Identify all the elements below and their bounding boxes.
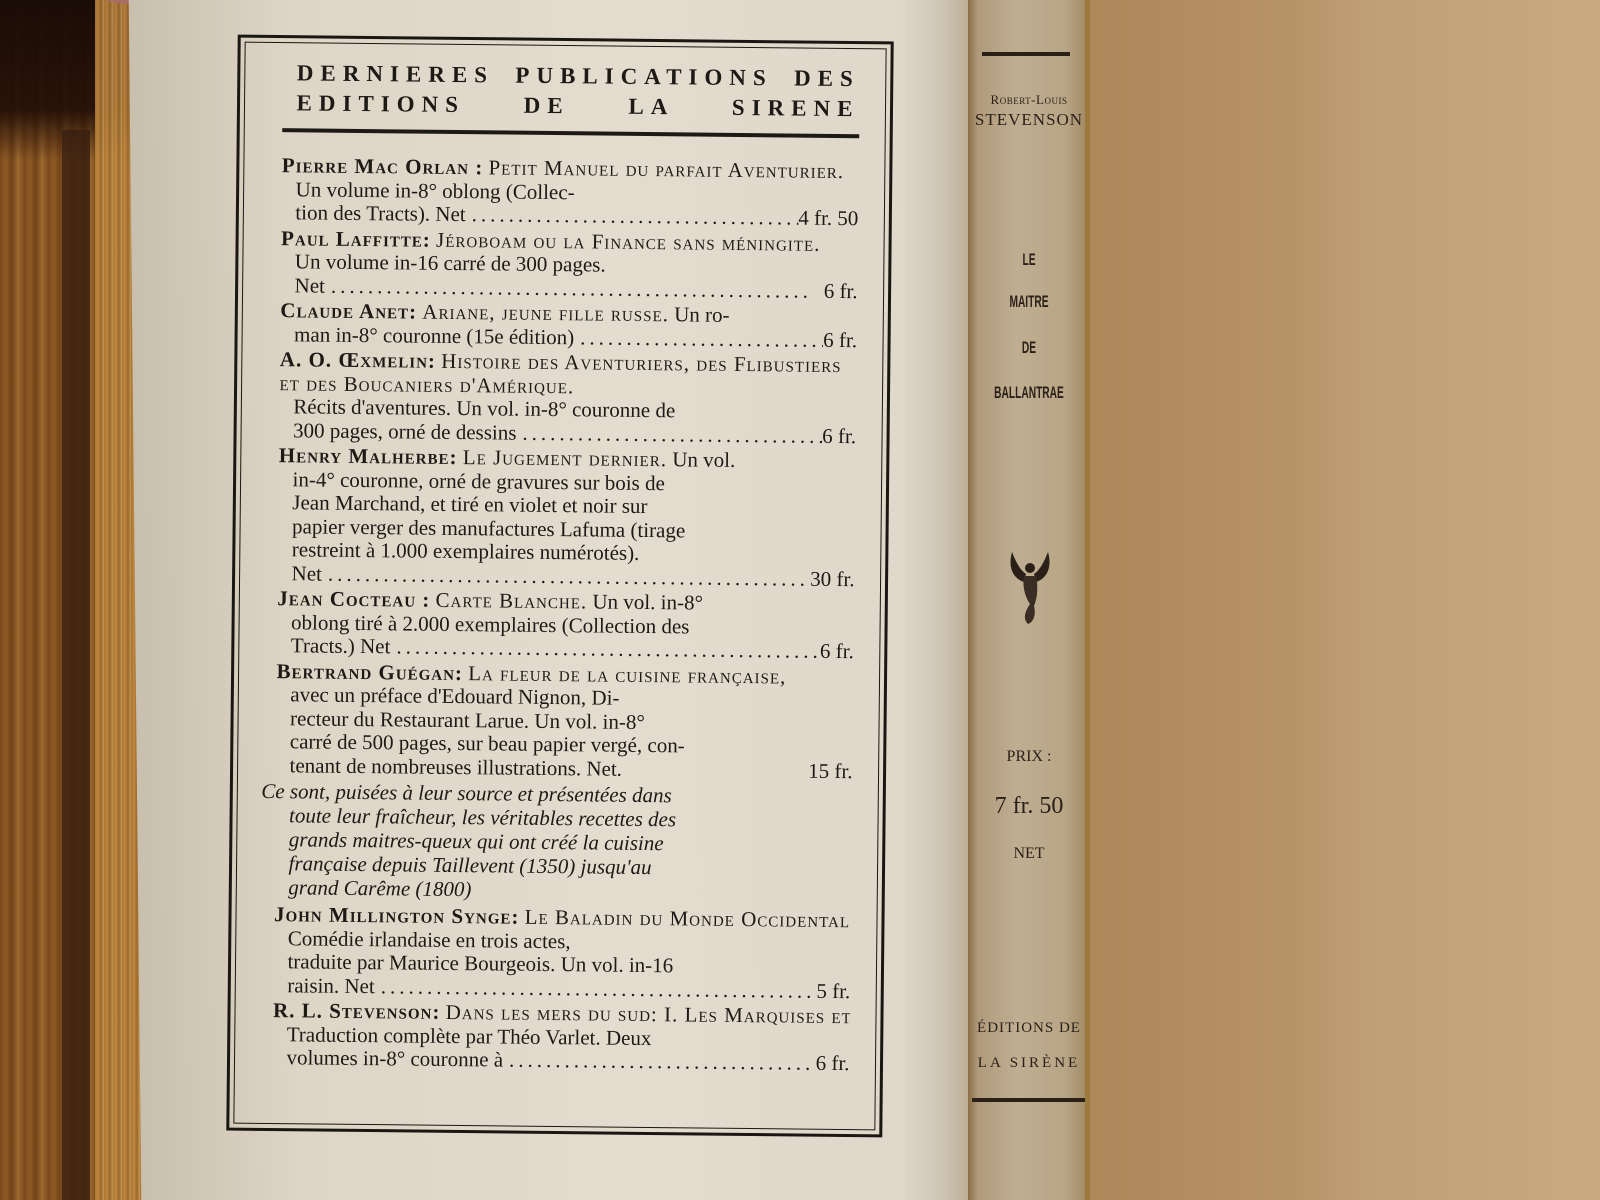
entry-price: 15 fr. bbox=[808, 759, 853, 783]
heading-line-2: EDITIONS DE LA SIRENE bbox=[296, 88, 859, 124]
entry-price: 6 fr. bbox=[823, 328, 857, 352]
leader-dots: ........................................… bbox=[574, 326, 823, 352]
page-gutter bbox=[905, 0, 975, 1200]
entry-title: Le Baladin du Monde Occidental. bbox=[525, 905, 852, 932]
entry-price: 6 fr. bbox=[820, 640, 854, 664]
catalog-entry: Pierre Mac Orlan : Petit Manuel du parfa… bbox=[263, 154, 859, 231]
siren-emblem-icon bbox=[1006, 548, 1054, 628]
entry-net-label: raisin. Net bbox=[287, 974, 375, 998]
page-heading: DERNIERES PUBLICATIONS DES EDITIONS DE L… bbox=[264, 58, 860, 124]
entry-description: volumes in-8° couronne à bbox=[286, 1046, 503, 1072]
entry-description: Un vol. bbox=[672, 447, 735, 472]
leader-dots: ........................................… bbox=[375, 975, 817, 1003]
spine-publisher-line1: ÉDITIONS DE bbox=[968, 1020, 1090, 1037]
catalog-entry: Claude Anet: Ariane, jeune fille russe. … bbox=[262, 299, 857, 352]
leader-dots: ........................................… bbox=[466, 203, 799, 230]
entry-author: A. O. Œxmelin: bbox=[280, 348, 436, 373]
entry-description: Un vol. in-8° bbox=[592, 589, 703, 614]
spine-bottom-rule bbox=[972, 1098, 1088, 1102]
entry-net-label: tion des Tracts). Net bbox=[295, 201, 466, 226]
entry-title: La fleur de la cuisine française, bbox=[468, 661, 786, 688]
entry-price: 6 fr. bbox=[824, 279, 858, 303]
entry-author: Henry Malherbe: bbox=[279, 444, 458, 469]
wood-groove bbox=[62, 130, 90, 1200]
leader-dots: ........................................… bbox=[325, 274, 824, 303]
entry-author: Pierre Mac Orlan : bbox=[282, 154, 484, 179]
spine-author-first: Robert-Louis bbox=[968, 92, 1090, 108]
entry-price: 4 fr. 50 bbox=[798, 207, 858, 231]
leader-dots: ........................................… bbox=[322, 562, 811, 591]
publication-list: DERNIERES PUBLICATIONS DES EDITIONS DE L… bbox=[254, 58, 860, 1078]
spine-price: 7 fr. 50 bbox=[968, 793, 1090, 820]
catalog-entry: Bertrand Guégan: La fleur de la cuisine … bbox=[257, 659, 853, 783]
entry-net-label: Tracts.) Net bbox=[291, 634, 391, 659]
catalog-entry: Jean Cocteau : Carte Blanche. Un vol. in… bbox=[259, 587, 855, 664]
leader-dots: ........................................… bbox=[503, 1049, 816, 1076]
spine-publisher-line2: LA SIRÈNE bbox=[968, 1055, 1090, 1072]
leader-dots: ........................................… bbox=[516, 421, 822, 448]
spine-title-line: MAITRE bbox=[992, 292, 1065, 312]
spine-price-label: PRIX : bbox=[968, 748, 1090, 766]
entry-title: Petit Manuel du parfait Aventurier. bbox=[488, 155, 844, 183]
entry-title: Jéroboam ou la Finance sans méningite. bbox=[436, 227, 821, 255]
heading-rule bbox=[282, 128, 859, 138]
entry-title: Le Jugement dernier. bbox=[463, 445, 667, 471]
entry-author: Jean Cocteau : bbox=[277, 587, 430, 612]
entry-author: Claude Anet: bbox=[280, 299, 417, 324]
spine-title-line: LE bbox=[992, 250, 1065, 270]
book-spine: Robert-Louis STEVENSON LE MAITRE DE BALL… bbox=[968, 0, 1090, 1200]
cuisine-note: Ce sont, puisées à leur source et présen… bbox=[256, 779, 852, 905]
entry-price: 6 fr. bbox=[816, 1052, 850, 1076]
entry-author: Paul Laffitte: bbox=[281, 226, 431, 251]
entry-author: R. L. Stevenson: bbox=[273, 999, 441, 1024]
entry-description: man in-8° couronne (15e édition) bbox=[294, 323, 574, 349]
spine-author-last: STEVENSON bbox=[968, 110, 1090, 130]
entry-author: John Millington Synge: bbox=[274, 903, 520, 929]
entry-description: 300 pages, orné de dessins bbox=[293, 419, 517, 445]
entry-description: Un ro- bbox=[674, 302, 730, 327]
leader-dots: ........................................… bbox=[390, 635, 820, 663]
entry-title: Ariane, jeune fille russe. bbox=[422, 300, 669, 327]
spine-title-line: BALLANTRAE bbox=[992, 383, 1065, 403]
entry-net-label: Net bbox=[291, 562, 322, 586]
entry-price: 5 fr. bbox=[816, 979, 850, 1003]
entry-author: Bertrand Guégan: bbox=[276, 659, 463, 684]
entry-title: Carte Blanche. bbox=[435, 588, 587, 614]
spine-price-net: NET bbox=[968, 845, 1090, 863]
entry-description: tenant de nombreuses illustrations. Net. bbox=[289, 754, 622, 781]
entry-net-label: Net bbox=[294, 274, 325, 298]
catalog-entry: R. L. Stevenson: Dans les mers du sud: I… bbox=[254, 999, 850, 1076]
leader-dots bbox=[622, 757, 808, 782]
catalog-entry: John Millington Synge: Le Baladin du Mon… bbox=[255, 903, 851, 1003]
catalog-entry: Paul Laffitte: Jéroboam ou la Finance sa… bbox=[262, 226, 858, 303]
spine-top-rule bbox=[982, 52, 1070, 56]
catalog-entry: A. O. Œxmelin: Histoire des Aventuriers,… bbox=[261, 348, 857, 448]
entry-price: 30 fr. bbox=[810, 567, 855, 591]
spine-title-line: DE bbox=[992, 338, 1065, 358]
entry-price: 6 fr. bbox=[822, 424, 856, 448]
book-back-cover bbox=[1090, 0, 1600, 1200]
note-line: grand Carême (1800) bbox=[256, 875, 851, 905]
catalog-entry: Henry Malherbe: Le Jugement dernier. Un … bbox=[259, 444, 855, 591]
